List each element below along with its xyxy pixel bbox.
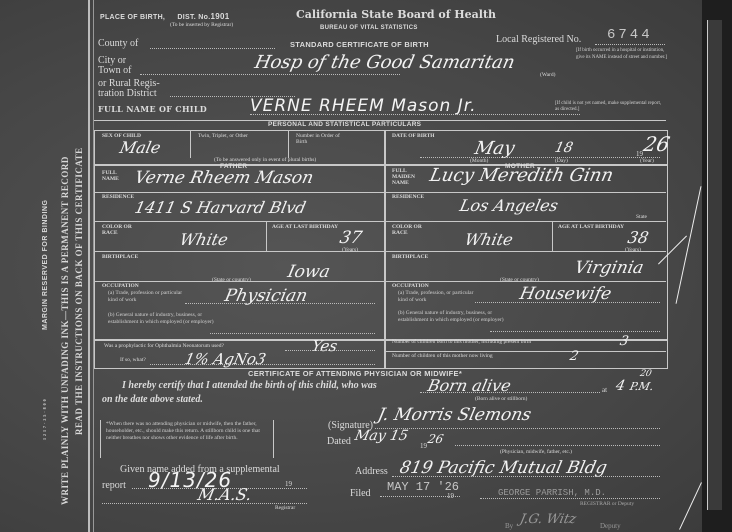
- father-birthplace-value: Iowa: [286, 262, 332, 282]
- if-so-value: 1% AgNo3: [183, 350, 268, 368]
- deputy-label: Deputy: [600, 522, 621, 530]
- margin-binding-text: MARGIN RESERVED FOR BINDING: [42, 200, 49, 330]
- father-residence-value: 1411 S Harvard Blvd: [133, 198, 308, 217]
- at-label: at: [602, 386, 607, 394]
- mother-state-label: State: [636, 214, 647, 220]
- order-label: Number in Order of Birth: [296, 133, 346, 145]
- prophylactic-answer: Yes: [310, 337, 339, 355]
- father-occ-b-label: (b) General nature of industry, business…: [108, 312, 228, 326]
- prophylactic-question: Was a prophylactic for Ophthalmia Neonat…: [104, 343, 224, 349]
- child-name-note: [If child is not yet named, make supplem…: [555, 101, 665, 113]
- father-color-label: COLOR OR RACE: [102, 224, 132, 236]
- twin-label: Twin, Triplet, or Other: [198, 133, 248, 139]
- sex-value: Male: [118, 138, 163, 157]
- bureau-title: BUREAU OF VITAL STATISTICS: [320, 25, 418, 31]
- signature-value: J. Morris Slemons: [376, 405, 533, 425]
- margin-rule: [88, 0, 90, 532]
- certify-statement-1: I hereby certify that I attended the bir…: [122, 380, 377, 391]
- mother-residence-label: RESIDENCE: [392, 194, 424, 200]
- dated-label: Dated: [327, 436, 351, 447]
- local-reg-value: 6744: [607, 27, 653, 43]
- dob-year: 26: [641, 132, 672, 156]
- margin-write-plainly: WRITE PLAINLY WITH UNFADING INK—THIS IS …: [60, 156, 70, 505]
- time-suffix: P.M.: [629, 380, 655, 393]
- child-name-value: VERNE RHEEM Mason Jr.: [250, 96, 477, 116]
- county-label: County of: [98, 38, 138, 49]
- mother-name-value: Lucy Meredith Ginn: [428, 165, 615, 186]
- ward-note: (Ward): [540, 72, 555, 78]
- address-value: 819 Pacific Mutual Bldg: [398, 458, 609, 478]
- filed-label: Filed: [350, 488, 371, 499]
- hospital-note: [If birth occurred in a hospital or inst…: [576, 48, 668, 61]
- mother-state-note: (State or country): [500, 277, 539, 283]
- city-value: Hosp of the Good Samaritan: [253, 52, 517, 73]
- registrar-note: Registrar: [275, 505, 295, 511]
- address-label: Address: [355, 466, 388, 477]
- mother-color-label: COLOR OR RACE: [392, 224, 422, 236]
- paper-crack: [676, 186, 702, 304]
- father-name-value: Verne Rheem Mason: [133, 168, 315, 188]
- father-occupation-label: OCCUPATION: [102, 283, 139, 289]
- mother-occ-a-label: (a) Trade, profession, or particular kin…: [398, 290, 483, 304]
- dist-note: (To be inserted by Registrar): [170, 22, 233, 28]
- standard-cert-title: STANDARD CERTIFICATE OF BIRTH: [290, 40, 429, 49]
- role-note: (Physician, midwife, father, etc.): [500, 449, 572, 455]
- place-of-birth-label: PLACE OF BIRTH, DIST. No.1901: [100, 12, 229, 21]
- full-name-label: FULL NAME OF CHILD: [98, 104, 207, 114]
- certify-statement-2: on the date above stated.: [102, 394, 203, 405]
- mother-birthplace-label: BIRTHPLACE: [392, 254, 428, 260]
- registrar-or-deputy: REGISTRAR or Deputy: [580, 501, 634, 507]
- registrar-initials: M.A.S.: [196, 485, 254, 504]
- mother-name-label: FULL MAIDEN NAME: [392, 168, 418, 186]
- father-years-note: (Years): [342, 247, 358, 253]
- mother-occupation-label: OCCUPATION: [392, 283, 429, 289]
- birth-certificate: MARGIN RESERVED FOR BINDING WRITE PLAINL…: [0, 0, 710, 532]
- dob-label: DATE OF BIRTH: [392, 133, 435, 139]
- section-personal: PERSONAL AND STATISTICAL PARTICULARS: [268, 121, 421, 128]
- board-title: California State Board of Health: [296, 8, 496, 21]
- dob-month: May: [473, 138, 517, 159]
- father-age-value: 37: [338, 228, 364, 248]
- father-residence-label: RESIDENCE: [102, 194, 134, 200]
- father-color-value: White: [178, 230, 230, 249]
- time-value: 4: [614, 378, 626, 394]
- dob-day: 18: [553, 140, 574, 156]
- mother-years-note: (Years): [625, 247, 641, 253]
- time-min: 20: [639, 369, 653, 379]
- midwife-note: *When there was no attending physician o…: [106, 421, 270, 442]
- mother-occ-b-label: (b) General nature of industry, business…: [398, 310, 508, 324]
- mother-birthplace-value: Virginia: [573, 258, 646, 278]
- father-name-label: FULL NAME: [102, 170, 124, 182]
- paper-crack-3: [679, 482, 702, 530]
- form-code: 1 2 1 7 - 2 5 - 8 0 0: [42, 399, 47, 440]
- document-edge-strip: [707, 20, 722, 510]
- children-living-label: Number of children of this mother now li…: [392, 353, 493, 359]
- born-note: (Born alive or stillborn): [475, 396, 527, 402]
- rural-label: or Rural Regis- tration District: [98, 79, 160, 99]
- father-state-note: (State or country): [212, 277, 251, 283]
- report-year: 19: [285, 480, 292, 488]
- deputy-signature: J.G. Witz: [518, 512, 577, 527]
- report-label: report: [102, 480, 126, 491]
- dist-no-value: 1901: [210, 12, 229, 21]
- mother-residence-value: Los Angeles: [458, 196, 560, 215]
- mother-color-value: White: [463, 230, 515, 249]
- registrar-stamp: GEORGE PARRISH, M.D.: [498, 488, 606, 498]
- city-label: City or Town of: [98, 56, 131, 76]
- local-reg-label: Local Registered No.: [496, 34, 581, 45]
- dated-year: 26: [427, 432, 445, 446]
- mother-age-value: 38: [626, 228, 650, 247]
- dated-value: May 15: [353, 428, 409, 444]
- margin-read-instructions: READ THE INSTRUCTIONS ON BACK OF THIS CE…: [74, 147, 84, 435]
- mother-occ-a-value: Housewife: [518, 284, 613, 304]
- father-birthplace-label: BIRTHPLACE: [102, 254, 138, 260]
- father-occ-a-label: (a) Trade, profession or particular kind…: [108, 290, 188, 304]
- by-label: By: [505, 522, 513, 530]
- children-born-label: Number of children born to this mother, …: [392, 339, 531, 345]
- if-so-label: If so, what?: [120, 357, 146, 363]
